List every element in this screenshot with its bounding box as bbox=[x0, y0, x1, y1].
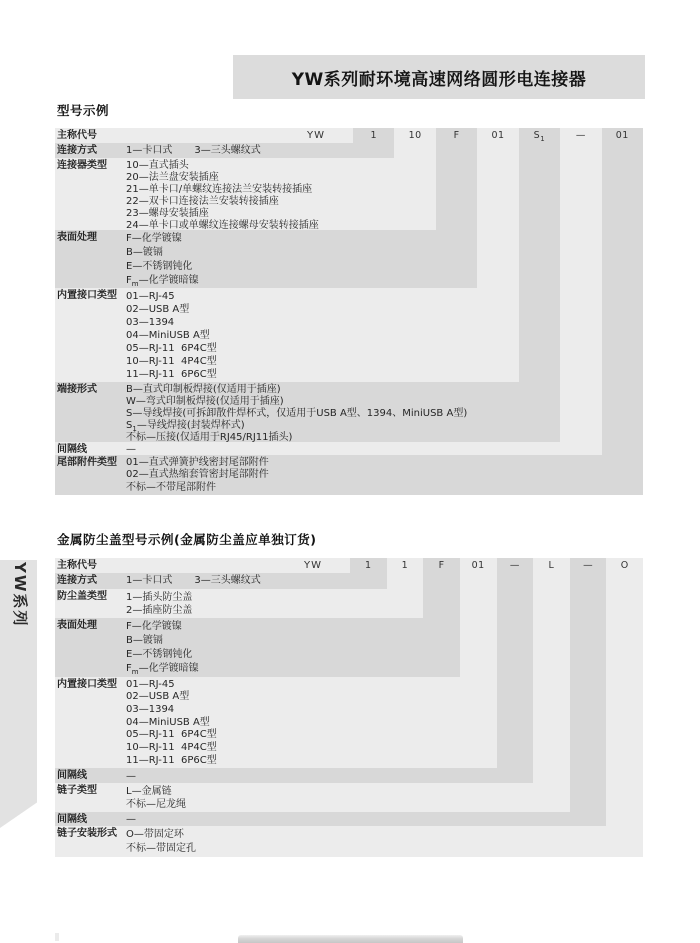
row-items: 01—RJ-4502—USB A型03—139404—MiniUSB A型05—… bbox=[126, 290, 217, 382]
row-items: O—带固定环不标—带固定孔 bbox=[126, 828, 196, 857]
column-band bbox=[606, 558, 643, 826]
row-items: 1—卡口式3—三头螺纹式 bbox=[126, 145, 283, 157]
spec-item: 2—插座防尘盖 bbox=[126, 604, 192, 618]
spec-row-bg bbox=[55, 677, 497, 768]
spec-item: 01—RJ-45 bbox=[126, 679, 217, 692]
row-items: 10—直式插头20—法兰盘安装插座21—单卡口/单螺纹连接法兰安装转接插座22—… bbox=[126, 160, 319, 232]
spec-item: E—不锈钢钝化 bbox=[126, 260, 199, 274]
column-band bbox=[436, 128, 477, 230]
code-cell: 01 bbox=[477, 128, 518, 143]
footer-bar bbox=[238, 935, 463, 943]
row-label: 尾部附件类型 bbox=[57, 457, 117, 468]
row-items: 01—RJ-4502—USB A型03—139404—MiniUSB A型05—… bbox=[126, 679, 217, 768]
row-label: 端接形式 bbox=[57, 384, 97, 395]
code-cell: — bbox=[570, 558, 607, 573]
spec-item: 1—插头防尘盖 bbox=[126, 591, 192, 605]
section-title-dust-cap-example: 金属防尘盖型号示例(金属防尘盖应单独订货) bbox=[57, 530, 316, 548]
code-cell: F bbox=[423, 558, 460, 573]
datasheet-page: YW系列耐环境高速网络圆形电连接器 型号示例 110F01S1—01YW主称代号… bbox=[0, 0, 700, 943]
spec-item: O—带固定环 bbox=[126, 828, 196, 843]
row-label: 链子安装形式 bbox=[57, 828, 117, 839]
spec-item: 01—直式弹簧护线密封尾部附件 bbox=[126, 457, 269, 470]
row-label: 连接方式 bbox=[57, 145, 97, 156]
spec-item: 03—1394 bbox=[126, 316, 217, 329]
code-cell: — bbox=[497, 558, 534, 573]
spec-item: 11—RJ-11 6P6C型 bbox=[126, 368, 217, 381]
spec-item: Fm—化学镀暗镍 bbox=[126, 662, 199, 676]
column-band bbox=[602, 128, 643, 455]
spec-item: 01—RJ-45 bbox=[126, 290, 217, 303]
spec-item: 04—MiniUSB A型 bbox=[126, 717, 217, 730]
row-label: 主称代号 bbox=[57, 560, 97, 571]
spec-item: 1—卡口式 bbox=[126, 145, 172, 157]
row-label: 间隔线 bbox=[57, 770, 87, 781]
row-items: — bbox=[126, 814, 136, 826]
spec-item: 不标—不带尾部附件 bbox=[126, 482, 269, 495]
code-cell: 1 bbox=[387, 558, 424, 573]
row-items: F—化学镀镍B—镀镉E—不锈钢钝化Fm—化学镀暗镍 bbox=[126, 620, 199, 677]
spec-item: 10—RJ-11 4P4C型 bbox=[126, 355, 217, 368]
column-band bbox=[570, 558, 607, 812]
column-band bbox=[497, 558, 534, 768]
row-items: F—化学镀镍B—镀镉E—不锈钢钝化Fm—化学镀暗镍 bbox=[126, 232, 199, 288]
spec-item: W—弯式印制板焊接(仅适用于插座) bbox=[126, 396, 467, 408]
code-cell: 1 bbox=[350, 558, 387, 573]
spec-item: 21—单卡口/单螺纹连接法兰安装转接插座 bbox=[126, 184, 319, 196]
spec-item: 3—三头螺纹式 bbox=[194, 145, 260, 157]
row-label: 表面处理 bbox=[57, 620, 97, 631]
spec-item: B—直式印制板焊接(仅适用于插座) bbox=[126, 384, 467, 396]
spec-item: 不标—压接(仅适用于RJ45/RJ11插头) bbox=[126, 432, 467, 444]
column-band bbox=[519, 128, 560, 382]
page-title: YW系列耐环境高速网络圆形电连接器 bbox=[292, 65, 587, 90]
row-label: 防尘盖类型 bbox=[57, 591, 107, 602]
spec-item: 04—MiniUSB A型 bbox=[126, 329, 217, 342]
spec-item: Fm—化学镀暗镍 bbox=[126, 274, 199, 288]
section-title-model-example: 型号示例 bbox=[57, 101, 109, 119]
spec-item: 24—单卡口或单螺纹连接螺母安装转接插座 bbox=[126, 220, 319, 232]
code-cell: — bbox=[560, 128, 601, 143]
code-cell: 1 bbox=[353, 128, 394, 143]
spec-item: 02—USB A型 bbox=[126, 691, 217, 704]
spec-item: 3—三头螺纹式 bbox=[194, 575, 260, 587]
spec-item: B—镀镉 bbox=[126, 246, 199, 260]
spec-item: 22—双卡口连接法兰安装转接插座 bbox=[126, 196, 319, 208]
spec-item: 02—USB A型 bbox=[126, 303, 217, 316]
row-label: 连接方式 bbox=[57, 575, 97, 586]
row-label: 间隔线 bbox=[57, 444, 87, 455]
spec-item: — bbox=[126, 814, 136, 826]
row-items: — bbox=[126, 770, 136, 783]
code-cell: 01 bbox=[460, 558, 497, 573]
row-label: 内置接口类型 bbox=[57, 679, 117, 690]
spec-item: F—化学镀镍 bbox=[126, 620, 199, 634]
spec-item: 20—法兰盘安装插座 bbox=[126, 172, 319, 184]
sidebar-series-label: YW系列 bbox=[10, 562, 31, 627]
model-prefix: YW bbox=[275, 128, 325, 143]
row-items: 01—直式弹簧护线密封尾部附件02—直式热缩套管密封尾部附件不标—不带尾部附件 bbox=[126, 457, 269, 495]
row-items: 1—卡口式3—三头螺纹式 bbox=[126, 575, 283, 587]
spec-item: 05—RJ-11 6P4C型 bbox=[126, 342, 217, 355]
row-label: 表面处理 bbox=[57, 232, 97, 243]
spec-row-bg bbox=[55, 288, 519, 382]
spec-item: 23—螺母安装插座 bbox=[126, 208, 319, 220]
spec-item: 不标—带固定孔 bbox=[126, 842, 196, 857]
column-band bbox=[560, 128, 601, 442]
spec-item: S—导线焊接(可拆卸散件焊杯式，仅适用于USB A型、1394、MiniUSB … bbox=[126, 408, 467, 420]
code-cell: 10 bbox=[394, 128, 435, 143]
code-cell: 01 bbox=[602, 128, 643, 143]
row-label: 间隔线 bbox=[57, 814, 87, 825]
code-cell: S1 bbox=[519, 128, 560, 143]
column-band bbox=[477, 128, 518, 288]
row-label: 连接器类型 bbox=[57, 160, 107, 171]
spec-item: B—镀镉 bbox=[126, 634, 199, 648]
spec-row-bg bbox=[55, 589, 423, 618]
row-label: 内置接口类型 bbox=[57, 290, 117, 301]
spec-item: E—不锈钢钝化 bbox=[126, 648, 199, 662]
spec-row-bg bbox=[55, 442, 602, 455]
row-items: L—金属链不标—尼龙绳 bbox=[126, 785, 186, 812]
code-cell: F bbox=[436, 128, 477, 143]
column-band bbox=[460, 558, 497, 677]
spec-row-bg bbox=[55, 618, 460, 677]
spec-item: — bbox=[126, 770, 136, 783]
row-items: — bbox=[126, 444, 136, 456]
spec-item: 05—RJ-11 6P4C型 bbox=[126, 729, 217, 742]
column-band bbox=[533, 558, 570, 783]
spec-item: 1—卡口式 bbox=[126, 575, 172, 587]
row-items: B—直式印制板焊接(仅适用于插座)W—弯式印制板焊接(仅适用于插座)S—导线焊接… bbox=[126, 384, 467, 444]
spec-item: F—化学镀镍 bbox=[126, 232, 199, 246]
code-cell: L bbox=[533, 558, 570, 573]
spec-item: 10—RJ-11 4P4C型 bbox=[126, 742, 217, 755]
model-prefix: YW bbox=[272, 558, 322, 573]
spec-item: 10—直式插头 bbox=[126, 160, 319, 172]
footer-edge-mark bbox=[55, 933, 59, 941]
spec-item: L—金属链 bbox=[126, 785, 186, 799]
spec-item: 11—RJ-11 6P6C型 bbox=[126, 755, 217, 768]
spec-row-bg bbox=[55, 812, 606, 826]
row-label: 主称代号 bbox=[57, 130, 97, 141]
spec-item: 不标—尼龙绳 bbox=[126, 798, 186, 812]
spec-item: 03—1394 bbox=[126, 704, 217, 717]
spec-row-bg bbox=[55, 230, 477, 288]
spec-item: 02—直式热缩套管密封尾部附件 bbox=[126, 469, 269, 482]
row-label: 链子类型 bbox=[57, 785, 97, 796]
code-cell: O bbox=[606, 558, 643, 573]
row-items: 1—插头防尘盖2—插座防尘盖 bbox=[126, 591, 192, 618]
spec-item: S1—导线焊接(封装焊杯式) bbox=[126, 420, 467, 432]
spec-item: — bbox=[126, 444, 136, 456]
page-header-bar: YW系列耐环境高速网络圆形电连接器 bbox=[233, 55, 645, 99]
